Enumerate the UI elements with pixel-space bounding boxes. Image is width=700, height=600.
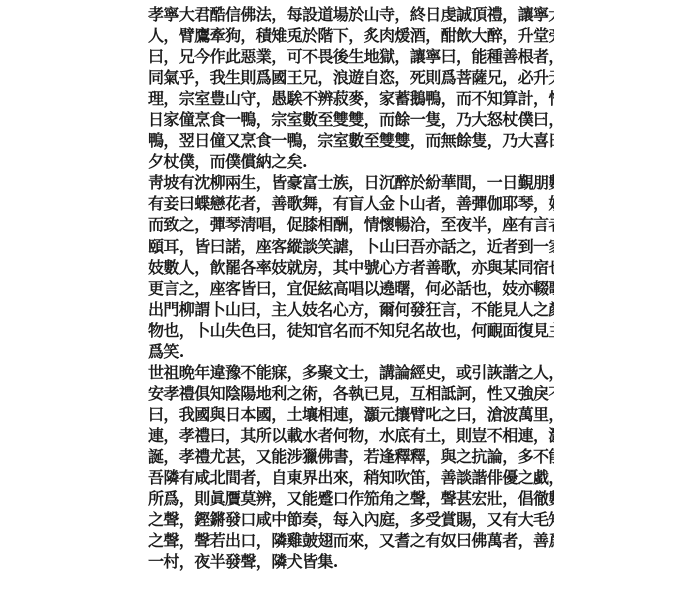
paragraph-1: 孝寧大君酷信佛法，每設道場於山寺，終日虔誠頂禮，讓寧大君隨後至，率妾數 人，臂鷹…	[148, 4, 554, 172]
document-page: 孝寧大君酷信佛法，每設道場於山寺，終日虔誠頂禮，讓寧大君隨後至，率妾數 人，臂鷹…	[148, 4, 554, 572]
text-line: 吾隣有咸北間者，自東界出來，稍知吹笛，善談諧俳優之戱，每見人容止，輒效	[148, 467, 554, 488]
text-line: 誕，孝禮尤甚，又能涉獵佛書，若逢釋釋，與之抗論，多不能答.	[148, 446, 554, 467]
text-line: 有妾曰蝶戀花者，善歌舞，有盲人金卜山者，善彈伽耶琴，妙手一時無比，亦邀	[148, 193, 554, 214]
text-line: 一村，夜半發聲，隣犬皆集.	[148, 551, 554, 572]
text-line: 孝寧大君酷信佛法，每設道場於山寺，終日虔誠頂禮，讓寧大君隨後至，率妾數	[148, 4, 554, 25]
text-line: 夕杖僕，而僕償納之矣.	[148, 151, 554, 172]
text-line: 同氣乎，我生則爲國王兄，浪遊自恣，死則爲菩薩兄，必升天堂，安有墜地獄之	[148, 67, 554, 88]
text-line: 日家僮烹食一鴨，宗室數至雙雙，而餘一隻，乃大怒杖僕曰，汝偸我鴨，必償他	[148, 109, 554, 130]
paragraph-3: 世祖晩年違豫不能寐，多聚文士，講論經史，或引詼諧之人，以資談笑，崔灝元 安孝禮俱…	[148, 362, 554, 467]
text-line: 世祖晩年違豫不能寐，多聚文士，講論經史，或引詼諧之人，以資談笑，崔灝元	[148, 362, 554, 383]
text-line: 所爲，則眞贋莫辨，又能蹙口作笳角之聲，聲甚宏壯，倡徹數里，至如琵琶琴瑟	[148, 488, 554, 509]
text-line: 人，臂鷹牽狗，積雉兎於階下，炙肉煖酒，酣飲大醉，升堂旁若無人，孝寧變色	[148, 25, 554, 46]
text-line: 曰，我國與日本國，土壤相連，灝元攘臂叱之曰，滄波萬里，渺渺莫極，何謂相	[148, 404, 554, 425]
text-line: 物也，卜山失色曰，徒知官名而不知兒名故也，何靦面復見主人乎，隣里傳以	[148, 320, 554, 341]
text-line: 之聲，聲若出口，隣雞皷翅而來，又耆之有奴曰佛萬者，善爲狗吠，嘗遊嶺東到	[148, 530, 554, 551]
text-line: 理，宗室豊山守，愚騃不辨菽麥，家蓄鵝鴨，而不知算計，惟以雙雙而數之，一	[148, 88, 554, 109]
text-line: 頤耳，皆曰諾，座客縱談笑謔，卜山曰吾亦話之，近者到一家，巨室子弟亦有名	[148, 236, 554, 257]
text-line: 之聲，鏗鏘發口咸中節奏，每入內庭，多受賞賜，又有大毛知者，善爲鵝鴨鷄雉	[148, 509, 554, 530]
text-line: 而致之，彈琴淸唱，促膝相酬，情懷暢洽，至夜半，座有言者曰，宜談往事以鮮	[148, 214, 554, 235]
text-line: 爲笑.	[148, 341, 554, 362]
text-line: 靑坡有沈柳兩生，皆豪富士族，日沉醉於紛華間，一日覲朋數，人會飮沈家，沈	[148, 172, 554, 193]
text-line: 妓數人，飮罷各率妓就房，其中號心方者善歌，亦與某同宿也，沈曰此甚樂事，	[148, 257, 554, 278]
text-line: 連，孝禮曰，其所以載水者何物，水底有土，則豈不相連，灝元默然，兩人皆放	[148, 425, 554, 446]
paragraph-2: 靑坡有沈柳兩生，皆豪富士族，日沉醉於紛華間，一日覲朋數，人會飮沈家，沈 有妾曰蝶…	[148, 172, 554, 361]
text-line: 曰，兄今作此惡業，可不畏後生地獄，讓寧曰，能種善根者，九族生忉利天，況	[148, 46, 554, 67]
text-line: 出門柳謂卜山曰，主人妓名心方，爾何發狂言，不能見人之顏色，盲者眞不祥之	[148, 299, 554, 320]
text-line: 更言之，座客皆曰，宜促絃高唱以遶曙，何必話也，妓亦輟歌，衆皆不悅而罷，	[148, 278, 554, 299]
paragraph-4: 吾隣有咸北間者，自東界出來，稍知吹笛，善談諧俳優之戱，每見人容止，輒效 所爲，則…	[148, 467, 554, 572]
text-line: 鴨，翌日僮又烹食一鴨，宗室數至雙雙，而無餘隻，乃大喜曰，刑罰不可無也昨	[148, 130, 554, 151]
text-line: 安孝禮俱知陰陽地利之術，各執已見，互相詆訶，性又強戾不相上下，一日孝禮	[148, 383, 554, 404]
